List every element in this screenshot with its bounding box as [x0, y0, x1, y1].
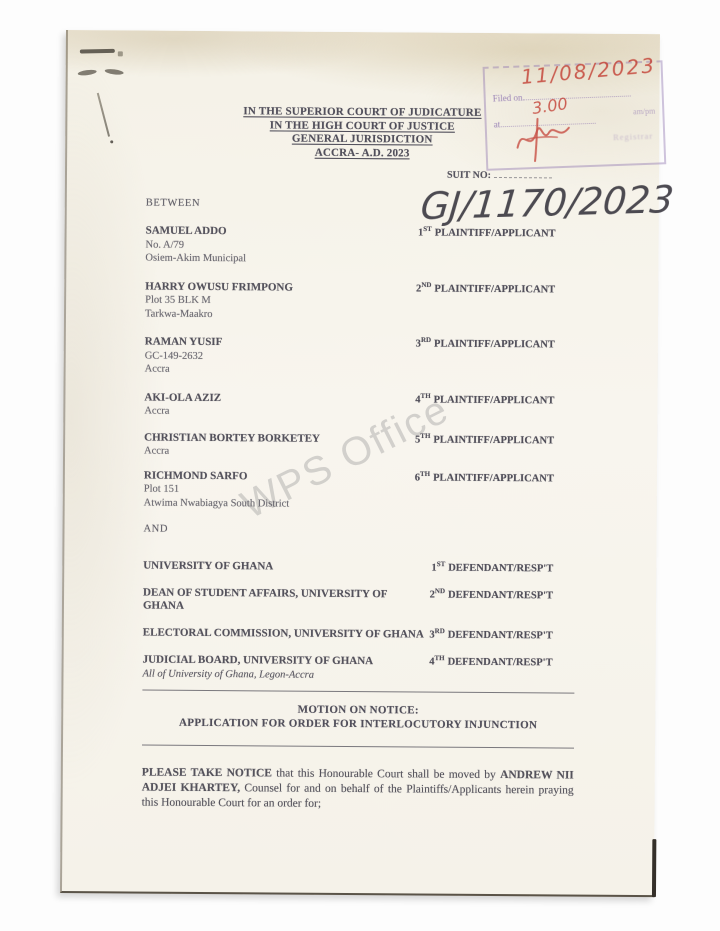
party-left: RAMAN YUSIF GC-149-2632 Accra	[145, 336, 223, 377]
plaintiff-row: SAMUEL ADDO No. A/79 Osiem-Akim Municipa…	[145, 225, 577, 269]
plaintiff-address: Tarkwa-Maakro	[145, 307, 293, 322]
plaintiff-name: HARRY OWUSU FRIMPONG	[145, 280, 293, 295]
party-left: HARRY OWUSU FRIMPONG Plot 35 BLK M Tarkw…	[145, 280, 293, 322]
court-header: IN THE SUPERIOR COURT OF JUDICATURE IN T…	[146, 105, 578, 162]
plaintiff-designation: 5THPLAINTIFF/APPLICANT	[415, 433, 554, 447]
plaintiff-address: GC-149-2632	[145, 349, 223, 363]
registrar-label: Registrar	[613, 131, 654, 142]
party-left: CHRISTIAN BORTEY BORKETEY Accra	[144, 431, 320, 459]
party-left: AKI-OLA AZIZ Accra	[144, 391, 221, 419]
horizontal-rule	[142, 690, 574, 694]
defendant-name: DEAN OF STUDENT AFFAIRS, UNIVERSITY OF G…	[143, 586, 430, 615]
plaintiff-designation: 6THPLAINTIFF/APPLICANT	[415, 471, 554, 485]
defendant-designation: 2NDDEFENDANT/RESP'T	[430, 588, 553, 602]
plaintiff-designation: 2NDPLAINTIFF/APPLICANT	[416, 282, 555, 296]
ink-dot-mark	[110, 140, 113, 143]
plaintiff-address: Atwima Nwabiagya South District	[144, 496, 290, 511]
defendant-row: JUDICIAL BOARD, UNIVERSITY OF GHANA All …	[142, 654, 574, 684]
dashed-line	[494, 170, 552, 178]
plaintiff-row: HARRY OWUSU FRIMPONG Plot 35 BLK M Tarkw…	[145, 280, 577, 324]
plaintiff-designation: 3RDPLAINTIFF/APPLICANT	[416, 337, 555, 351]
party-left: SAMUEL ADDO No. A/79 Osiem-Akim Municipa…	[145, 225, 246, 266]
defendant-left: JUDICIAL BOARD, UNIVERSITY OF GHANA All …	[142, 654, 373, 683]
plaintiff-name: CHRISTIAN BORTEY BORKETEY	[144, 431, 320, 446]
document-body: IN THE SUPERIOR COURT OF JUDICATURE IN T…	[142, 105, 579, 814]
notice-paragraph: PLEASE TAKE NOTICE that this Honourable …	[142, 766, 574, 814]
staple-mark	[80, 49, 115, 54]
defendant-row: UNIVERSITY OF GHANA 1STDEFENDANT/RESP'T	[143, 559, 575, 576]
plaintiff-address: Plot 151	[144, 483, 290, 498]
plaintiff-designation: 1STPLAINTIFF/APPLICANT	[418, 226, 556, 240]
defendant-row: ELECTORAL COMMISSION, UNIVERSITY OF GHAN…	[143, 627, 575, 644]
staple-mark	[118, 51, 123, 56]
plaintiff-designation: 4THPLAINTIFF/APPLICANT	[415, 393, 554, 407]
motion-title: MOTION ON NOTICE: APPLICATION FOR ORDER …	[142, 703, 574, 733]
plaintiff-address: Accra	[144, 445, 320, 460]
defendant-name: UNIVERSITY OF GHANA	[143, 559, 273, 573]
plaintiff-address: No. A/79	[145, 238, 246, 252]
defendant-name: ELECTORAL COMMISSION, UNIVERSITY OF GHAN…	[143, 627, 424, 642]
court-header-line: ACCRA- A.D. 2023	[146, 145, 578, 162]
defendant-designation: 3RDDEFENDANT/RESP'T	[429, 629, 552, 643]
motion-title-line: APPLICATION FOR ORDER FOR INTERLOCUTORY …	[142, 716, 574, 733]
scanned-document-photo: Filed on 11/08/2023 at 3.00 am/pm Regist…	[0, 0, 720, 931]
horizontal-rule	[142, 745, 574, 749]
filed-on-label: Filed on	[493, 92, 523, 103]
plaintiff-address: Accra	[145, 363, 223, 377]
notice-segment: PLEASE TAKE NOTICE	[142, 767, 272, 780]
punch-hole-mark	[104, 68, 123, 75]
plaintiff-name: RAMAN YUSIF	[145, 336, 223, 350]
between-label: BETWEEN	[146, 196, 578, 213]
plaintiff-row: RICHMOND SARFO Plot 151 Atwima Nwabiagya…	[144, 469, 576, 513]
plaintiff-row: AKI-OLA AZIZ Accra 4THPLAINTIFF/APPLICAN…	[144, 391, 576, 421]
plaintiff-address: Plot 35 BLK M	[145, 294, 293, 309]
defendant-designation: 4THDEFENDANT/RESP'T	[429, 656, 552, 670]
defendant-name: JUDICIAL BOARD, UNIVERSITY OF GHANA	[143, 654, 374, 669]
document-page: Filed on 11/08/2023 at 3.00 am/pm Regist…	[60, 30, 660, 897]
scratch-mark	[97, 93, 110, 137]
party-left: RICHMOND SARFO Plot 151 Atwima Nwabiagya…	[144, 469, 290, 511]
plaintiff-name: RICHMOND SARFO	[144, 469, 290, 484]
plaintiff-name: AKI-OLA AZIZ	[144, 391, 221, 405]
defendant-designation: 1STDEFENDANT/RESP'T	[431, 561, 553, 575]
plaintiff-name: SAMUEL ADDO	[146, 225, 247, 239]
plaintiff-address: Accra	[144, 405, 221, 419]
handwritten-filed-date: 11/08/2023	[520, 53, 657, 89]
notice-segment: that this Honourable Court shall be move…	[272, 767, 500, 781]
plaintiff-address: Osiem-Akim Municipal	[145, 252, 246, 266]
punch-hole-mark	[77, 69, 96, 76]
defendants-address-note: All of University of Ghana, Legon-Accra	[142, 667, 373, 682]
plaintiff-row: CHRISTIAN BORTEY BORKETEY Accra 5THPLAIN…	[144, 431, 576, 461]
suit-number-label: SUIT NO:	[447, 170, 491, 181]
ampm-label: am/pm	[633, 107, 656, 117]
suit-number-row: SUIT NO:	[146, 167, 578, 184]
plaintiff-row: RAMAN YUSIF GC-149-2632 Accra 3RDPLAINTI…	[145, 336, 577, 380]
defendant-row: DEAN OF STUDENT AFFAIRS, UNIVERSITY OF G…	[143, 586, 575, 616]
and-label: AND	[143, 523, 575, 540]
